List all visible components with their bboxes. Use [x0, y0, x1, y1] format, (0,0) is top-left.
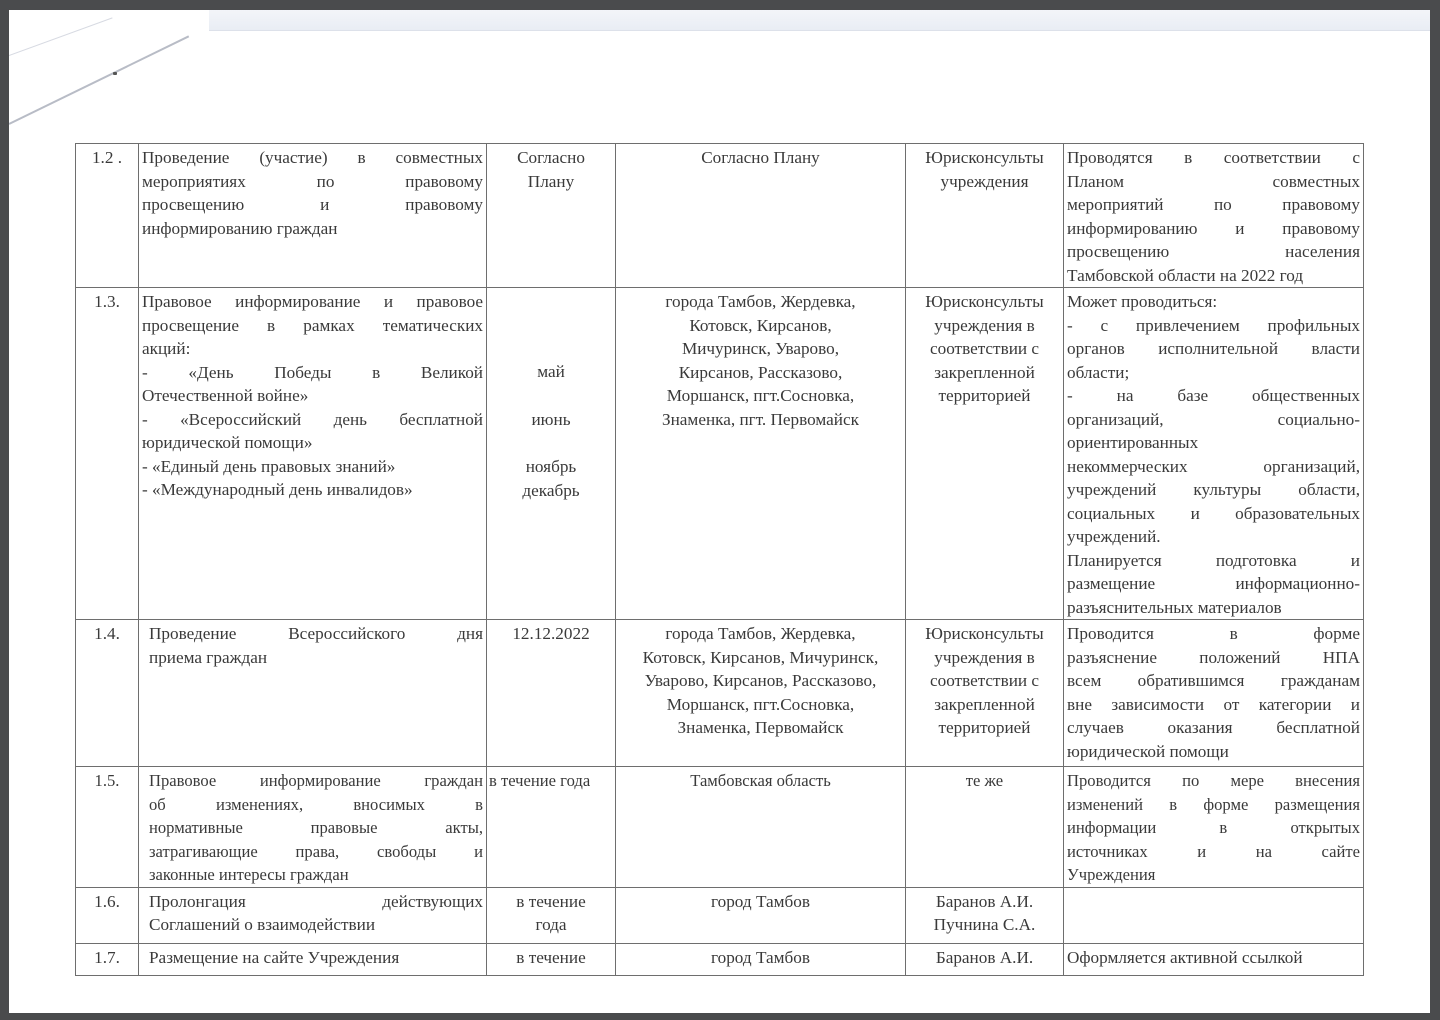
- cell-text-line: территорией: [909, 716, 1060, 740]
- place-cell: города Тамбов, Жердевка,Котовск, Кирсано…: [616, 620, 906, 767]
- cell-text-line: мероприятиях по правовому: [142, 170, 483, 194]
- cell-text-line: нормативные правовые акты,: [149, 816, 483, 840]
- cell-text-line: Тамбовской области на 2022 год: [1067, 264, 1360, 288]
- table-row: 1.3. Правовое информирование и правовоеп…: [76, 288, 1364, 620]
- row-number: 1.7.: [76, 943, 139, 975]
- cell-text-line: Кирсанов, Рассказово,: [619, 361, 902, 385]
- cell-text-line: в течение: [490, 890, 612, 914]
- term-cell: 12.12.2022: [487, 620, 616, 767]
- note-cell: [1064, 887, 1364, 943]
- cell-text-line: учреждения в: [909, 314, 1060, 338]
- cell-text-line: Плану: [490, 170, 612, 194]
- cell-text-line: Проведение (участие) в совместных: [142, 146, 483, 170]
- table-row: 1.6. Пролонгация действующихСоглашений о…: [76, 887, 1364, 943]
- term-cell: СогласноПлану: [487, 144, 616, 288]
- cell-text-line: Проводится в форме: [1067, 622, 1360, 646]
- cell-text-line: города Тамбов, Жердевка,: [619, 622, 902, 646]
- note-cell: Проводятся в соответствии сПланом совмес…: [1064, 144, 1364, 288]
- responsible-cell: Юрисконсультыучреждения всоответствии сз…: [906, 288, 1064, 620]
- cell-text-line: учреждений культуры области,: [1067, 478, 1360, 502]
- term-cell: в течение года: [487, 767, 616, 888]
- spacer: [490, 290, 612, 360]
- cell-text-line: Проводятся в соответствии с: [1067, 146, 1360, 170]
- cell-text-line: Оформляется активной ссылкой: [1067, 946, 1360, 970]
- cell-text-line: территорией: [909, 384, 1060, 408]
- cell-text-line: Учреждения: [1067, 863, 1360, 887]
- cell-text-line: Размещение на сайте Учреждения: [149, 946, 483, 970]
- cell-text-line: город Тамбов: [619, 946, 902, 970]
- note-cell: Может проводиться:- с привлечением профи…: [1064, 288, 1364, 620]
- term-cell: в течениегода: [487, 887, 616, 943]
- cell-text-line: социальных и образовательных: [1067, 502, 1360, 526]
- cell-text-line: Котовск, Кирсанов,: [619, 314, 902, 338]
- cell-text-line: - «Единый день правовых знаний»: [142, 455, 483, 479]
- term-month: май: [490, 360, 612, 384]
- cell-text-line: Согласно Плану: [619, 146, 902, 170]
- table-row: 1.5. Правовое информирование гражданоб и…: [76, 767, 1364, 888]
- cell-text-line: источниках и на сайте: [1067, 840, 1360, 864]
- note-cell: Проводится по мере внесенияизменений в ф…: [1064, 767, 1364, 888]
- term-month: декабрь: [490, 479, 612, 503]
- cell-text-line: закрепленной: [909, 693, 1060, 717]
- cell-text-line: Знаменка, Первомайск: [619, 716, 902, 740]
- cell-text-line: информированию граждан: [142, 217, 483, 241]
- cell-text-line: Моршанск, пгт.Сосновка,: [619, 384, 902, 408]
- cell-text-line: Согласно: [490, 146, 612, 170]
- cell-text-line: просвещению и правовому: [142, 193, 483, 217]
- cell-text-line: области;: [1067, 361, 1360, 385]
- cell-text-line: Может проводиться:: [1067, 290, 1360, 314]
- cell-text-line: Планом совместных: [1067, 170, 1360, 194]
- cell-text-line: - «Всероссийский день бесплатной: [142, 408, 483, 432]
- cell-text-line: город Тамбов: [619, 890, 902, 914]
- cell-text-line: всем обратившимся гражданам: [1067, 669, 1360, 693]
- cell-text-line: соответствии с: [909, 337, 1060, 361]
- cell-text-line: Юрисконсульты: [909, 146, 1060, 170]
- cell-text-line: ориентированных: [1067, 431, 1360, 455]
- cell-text-line: соответствии с: [909, 669, 1060, 693]
- cell-text-line: города Тамбов, Жердевка,: [619, 290, 902, 314]
- cell-text-line: года: [490, 913, 612, 937]
- cell-text-line: Знаменка, пгт. Первомайск: [619, 408, 902, 432]
- row-number: 1.6.: [76, 887, 139, 943]
- place-cell: Согласно Плану: [616, 144, 906, 288]
- scan-fold-line: [9, 35, 189, 124]
- cell-text-line: мероприятий по правовому: [1067, 193, 1360, 217]
- cell-text-line: Уварово, Кирсанов, Рассказово,: [619, 669, 902, 693]
- cell-text-line: просвещение в рамках тематических: [142, 314, 483, 338]
- table-row: 1.4. Проведение Всероссийского дняприема…: [76, 620, 1364, 767]
- cell-text-line: Котовск, Кирсанов, Мичуринск,: [619, 646, 902, 670]
- cell-text-line: Баранов А.И.: [909, 946, 1060, 970]
- cell-text-line: юридической помощи: [1067, 740, 1360, 764]
- responsible-cell: Юрисконсультыучреждения всоответствии сз…: [906, 620, 1064, 767]
- cell-text-line: законные интересы граждан: [149, 863, 483, 887]
- cell-text-line: разъяснение положений НПА: [1067, 646, 1360, 670]
- cell-text-line: - с привлечением профильных: [1067, 314, 1360, 338]
- place-cell: город Тамбов: [616, 887, 906, 943]
- responsible-cell: Баранов А.И.Пучнина С.А.: [906, 887, 1064, 943]
- cell-text-line: учреждения в: [909, 646, 1060, 670]
- cell-text-line: Юрисконсульты: [909, 290, 1060, 314]
- cell-text-line: Тамбовская область: [619, 769, 902, 793]
- cell-text-line: Моршанск, пгт.Сосновка,: [619, 693, 902, 717]
- cell-text-line: учреждений.: [1067, 525, 1360, 549]
- row-number: 1.4.: [76, 620, 139, 767]
- event-name-cell: Размещение на сайте Учреждения: [139, 943, 487, 975]
- cell-text-line: Пучнина С.А.: [909, 913, 1060, 937]
- cell-text-line: 12.12.2022: [490, 622, 612, 646]
- term-cell: майиюньноябрьдекабрь: [487, 288, 616, 620]
- cell-text-line: учреждения: [909, 170, 1060, 194]
- row-number: 1.3.: [76, 288, 139, 620]
- cell-text-line: Отечественной войне»: [142, 384, 483, 408]
- cell-text-line: Проводится по мере внесения: [1067, 769, 1360, 793]
- cell-text-line: организаций, социально-: [1067, 408, 1360, 432]
- cell-text-line: Проведение Всероссийского дня: [149, 622, 483, 646]
- term-month: ноябрь: [490, 455, 612, 479]
- term-cell: в течение: [487, 943, 616, 975]
- event-name-cell: Пролонгация действующихСоглашений о взаи…: [139, 887, 487, 943]
- cell-text-line: некоммерческих организаций,: [1067, 455, 1360, 479]
- event-name-cell: Проведение Всероссийского дняприема граж…: [139, 620, 487, 767]
- cell-text-line: разъяснительных материалов: [1067, 596, 1360, 620]
- cell-text-line: Планируется подготовка и: [1067, 549, 1360, 573]
- term-month: июнь: [490, 408, 612, 432]
- cell-text-line: Правовое информирование и правовое: [142, 290, 483, 314]
- cell-text-line: Юрисконсульты: [909, 622, 1060, 646]
- cell-text-line: просвещению населения: [1067, 240, 1360, 264]
- cell-text-line: информированию и правовому: [1067, 217, 1360, 241]
- place-cell: Тамбовская область: [616, 767, 906, 888]
- cell-text-line: случаев оказания бесплатной: [1067, 716, 1360, 740]
- note-cell: Проводится в формеразъяснение положений …: [1064, 620, 1364, 767]
- responsible-cell: те же: [906, 767, 1064, 888]
- cell-text-line: вне зависимости от категории и: [1067, 693, 1360, 717]
- event-name-cell: Правовое информирование гражданоб измене…: [139, 767, 487, 888]
- scan-speck: [113, 72, 117, 75]
- scan-fold-shadow: [209, 10, 1430, 31]
- cell-text-line: об изменениях, вносимых в: [149, 793, 483, 817]
- cell-text-line: Правовое информирование граждан: [149, 769, 483, 793]
- responsible-cell: Юрисконсультыучреждения: [906, 144, 1064, 288]
- cell-text-line: те же: [909, 769, 1060, 793]
- scanned-page: 1.2 . Проведение (участие) в совместныхм…: [9, 10, 1430, 1013]
- cell-text-line: изменений в форме размещения: [1067, 793, 1360, 817]
- cell-text-line: закрепленной: [909, 361, 1060, 385]
- cell-text-line: - «Международный день инвалидов»: [142, 478, 483, 502]
- row-number: 1.2 .: [76, 144, 139, 288]
- cell-text-line: затрагивающие права, свободы и: [149, 840, 483, 864]
- event-name-cell: Проведение (участие) в совместныхмеропри…: [139, 144, 487, 288]
- cell-text-line: в течение года: [489, 769, 615, 793]
- table-row: 1.2 . Проведение (участие) в совместныхм…: [76, 144, 1364, 288]
- place-cell: города Тамбов, Жердевка,Котовск, Кирсано…: [616, 288, 906, 620]
- table-row: 1.7. Размещение на сайте Учреждения в те…: [76, 943, 1364, 975]
- cell-text-line: Баранов А.И.: [909, 890, 1060, 914]
- place-cell: город Тамбов: [616, 943, 906, 975]
- cell-text-line: в течение: [490, 946, 612, 970]
- cell-text-line: - на базе общественных: [1067, 384, 1360, 408]
- cell-text-line: юридической помощи»: [142, 431, 483, 455]
- event-name-cell: Правовое информирование и правовоепросве…: [139, 288, 487, 620]
- cell-text-line: информации в открытых: [1067, 816, 1360, 840]
- cell-text-line: Мичуринск, Уварово,: [619, 337, 902, 361]
- cell-text-line: Соглашений о взаимодействии: [149, 913, 483, 937]
- note-cell: Оформляется активной ссылкой: [1064, 943, 1364, 975]
- document-viewer: 1.2 . Проведение (участие) в совместныхм…: [0, 0, 1440, 1020]
- cell-text-line: приема граждан: [149, 646, 483, 670]
- cell-text-line: размещение информационно-: [1067, 572, 1360, 596]
- row-number: 1.5.: [76, 767, 139, 888]
- cell-text-line: органов исполнительной власти: [1067, 337, 1360, 361]
- responsible-cell: Баранов А.И.: [906, 943, 1064, 975]
- cell-text-line: Пролонгация действующих: [149, 890, 483, 914]
- cell-text-line: акций:: [142, 337, 483, 361]
- events-plan-table: 1.2 . Проведение (участие) в совместныхм…: [75, 143, 1364, 976]
- scan-fold-line-faint: [9, 17, 113, 56]
- cell-text-line: - «День Победы в Великой: [142, 361, 483, 385]
